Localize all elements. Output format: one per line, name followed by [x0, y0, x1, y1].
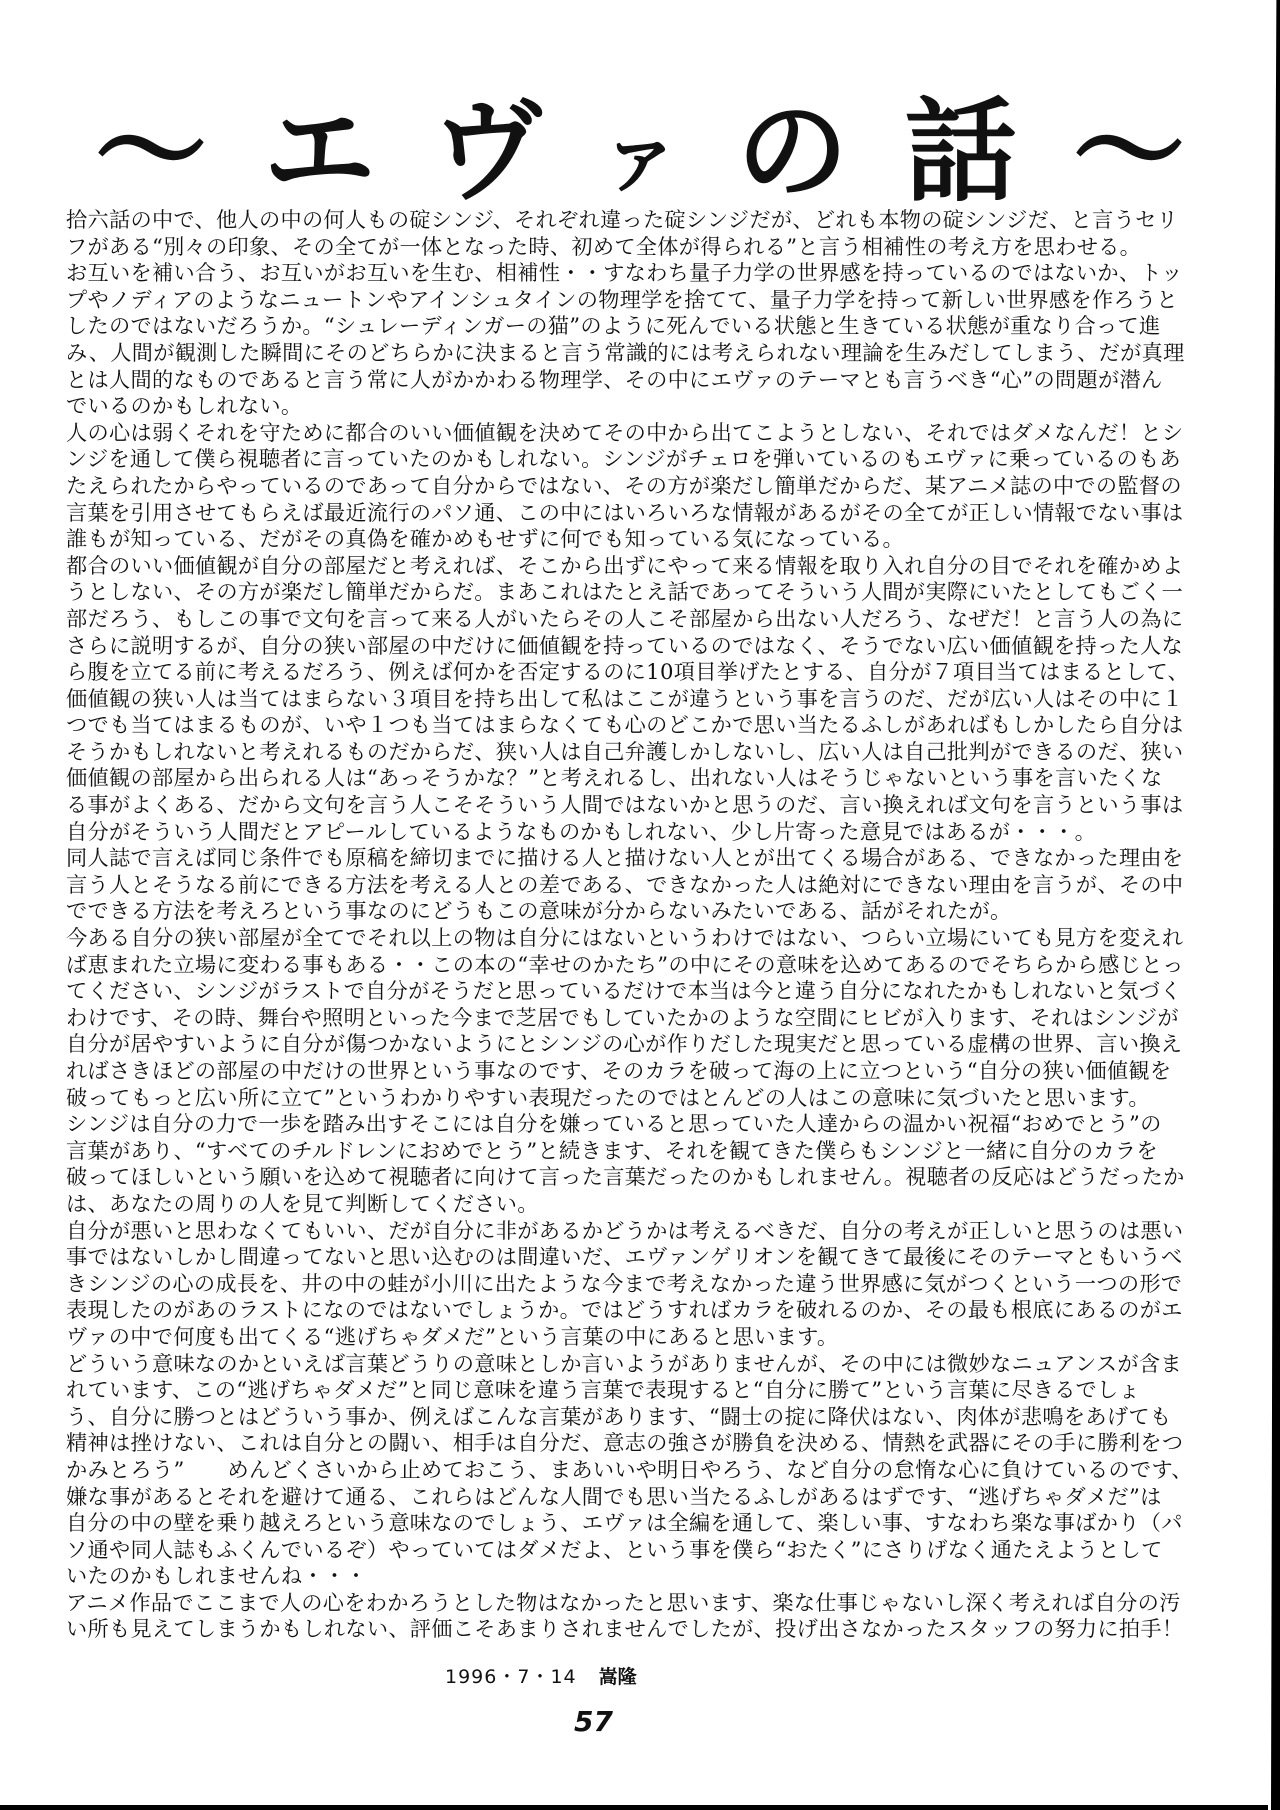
- text-line: ヴァの中で何度も出てくる“逃げちゃダメだ”という言葉の中にあると思います。: [66, 1324, 1196, 1351]
- text-line: 価値観の部屋から出られる人は“あっそうかな？”と考えれるし、出れない人はそうじゃ…: [66, 765, 1196, 792]
- title-char: の: [736, 96, 848, 208]
- article-body: 拾六話の中で、他人の中の何人もの碇シンジ、それぞれ違った碇シンジだが、どれも本物…: [66, 207, 1196, 1643]
- page-number: 57: [574, 1705, 613, 1738]
- text-line: 破ってほしいという願いを込めて視聴者に向けて言った言葉だったのかもしれません。視…: [66, 1164, 1196, 1191]
- text-line: うとしない、その方が楽だし簡単だからだ。まあこれはたとえ話であってそういう人間が…: [66, 579, 1196, 606]
- text-line: 言葉があり、“すべてのチルドレンにおめでとう”と続きます、それを観てきた僕らもシ…: [66, 1138, 1196, 1165]
- text-line: 言う人とそうなる前にできる方法を考える人との差である、できなかった人は絶対にでき…: [66, 872, 1196, 899]
- title-char: ヴ: [432, 96, 544, 208]
- text-line: は、あなたの周りの人を見て判断してください。: [66, 1191, 1196, 1218]
- title-char: 〜: [95, 96, 207, 208]
- text-line: ら腹を立てる前に考えるだろう、例えば何かを否定するのに10項目挙げたとする、自分…: [66, 659, 1196, 686]
- text-line: 部だろう、もしこの事で文句を言って来る人がいたらその人こそ部屋から出ない人だろう…: [66, 606, 1196, 633]
- text-line: 事ではないしかし間違ってないと思い込むのは間違いだ、エヴァンゲリオンを観てきて最…: [66, 1244, 1196, 1271]
- text-line: る事がよくある、だから文句を言う人こそそういう人間ではないかと思うのだ、言い換え…: [66, 792, 1196, 819]
- text-line: 自分が居やすいように自分が傷つかないようにとシンジの心が作りだした現実だと思って…: [66, 1031, 1196, 1058]
- text-line: お互いを補い合う、お互いがお互いを生む、相補性・・すなわち量子力学の世界感を持っ…: [66, 260, 1196, 287]
- text-line: 精神は挫けない、これは自分との闘い、相手は自分だ、意志の強さが勝負を決める、情熱…: [66, 1430, 1196, 1457]
- text-line: どういう意味なのかといえば言葉どうりの意味としか言いようがありませんが、その中に…: [66, 1351, 1196, 1378]
- signature-date: 1996・7・14: [445, 1666, 577, 1688]
- text-line: 自分が悪いと思わなくてもいい、だが自分に非があるかどうかは考えるべきだ、自分の考…: [66, 1218, 1196, 1245]
- text-line: 誰もが知っている、だがその真偽を確かめもせずに何でも知っている気になっている。: [66, 526, 1196, 553]
- text-line: アニメ作品でここまで人の心をわかろうとした物はなかったと思います、楽な仕事じゃな…: [66, 1590, 1196, 1617]
- text-line: そうかもしれないと考えれるものだからだ、狭い人は自己弁護しかしないし、広い人は自…: [66, 739, 1196, 766]
- text-line: 嫌な事があるとそれを避けて通る、これらはどんな人間でも思い当たるふしがあるはずで…: [66, 1484, 1196, 1511]
- text-line: 自分がそういう人間だとアピールしているようなものかもしれない、少し片寄った意見で…: [66, 819, 1196, 846]
- text-line: れています、この“逃げちゃダメだ”と同じ意味を違う言葉で表現すると“自分に勝て”…: [66, 1377, 1196, 1404]
- text-line: 表現したのがあのラストになのではないでしょうか。ではどうすればカラを破れるのか、…: [66, 1297, 1196, 1324]
- scan-edge-right: [1271, 0, 1280, 1810]
- text-line: たえられたからやっているのであって自分からではない、その方が楽だし簡単だからだ、…: [66, 473, 1196, 500]
- title-char: エ: [263, 96, 375, 208]
- text-line: つでも当てはまるものが、いや１つも当てはまらなくても心のどこかで思い当たるふしが…: [66, 712, 1196, 739]
- text-line: したのではないだろうか。“シュレーディンガーの猫”のように死んでいる状態と生きて…: [66, 313, 1196, 340]
- text-line: かみとろう” めんどくさいから止めておこう、まあいいや明日やろう、など自分の怠惰…: [66, 1457, 1196, 1484]
- text-line: プやノディアのようなニュートンやアインシュタインの物理学を捨てて、量子力学を持っ…: [66, 287, 1196, 314]
- title-char: 〜: [1073, 96, 1185, 208]
- text-line: きシンジの心の成長を、井の中の蛙が小川に出たような今まで考えなかった違う世界感に…: [66, 1271, 1196, 1298]
- title-char: 話: [905, 96, 1017, 208]
- text-line: 価値観の狭い人は当てはまらない３項目を持ち出して私はここが違うという事を言うのだ…: [66, 686, 1196, 713]
- title-char: ァ: [600, 118, 680, 198]
- page-title: 〜 エ ヴ ァ の 話 〜: [95, 92, 1185, 212]
- text-line: いたのかもしれませんね・・・: [66, 1563, 1196, 1590]
- text-line: 今ある自分の狭い部屋が全てでそれ以上の物は自分にはないというわけではない、つらい…: [66, 925, 1196, 952]
- text-line: ンジを通して僕ら視聴者に言っていたのかもしれない。シンジがチェロを弾いているのも…: [66, 446, 1196, 473]
- text-line: とは人間的なものであると言う常に人がかかわる物理学、その中にエヴァのテーマとも言…: [66, 367, 1196, 394]
- scan-edge-bottom: [0, 1805, 1268, 1810]
- text-line: 同人誌で言えば同じ条件でも原稿を締切までに描ける人と描けない人とが出てくる場合が…: [66, 845, 1196, 872]
- text-line: でできる方法を考えろという事なのにどうもこの意味が分からないみたいである、話がそ…: [66, 898, 1196, 925]
- text-line: う、自分に勝つとはどういう事か、例えばこんな言葉があります、“闘士の掟に降伏はな…: [66, 1404, 1196, 1431]
- text-line: 言葉を引用させてもらえば最近流行のパソ通、この中にはいろいろな情報があるがその全…: [66, 500, 1196, 527]
- text-line: ればさきほどの部屋の中だけの世界という事なのです、そのカラを破って海の上に立つと…: [66, 1058, 1196, 1085]
- signature-author: 嵩隆: [599, 1666, 637, 1688]
- text-line: 自分の中の壁を乗り越えろという意味なのでしょう、エヴァは全編を通して、楽しい事、…: [66, 1510, 1196, 1537]
- signature: 1996・7・14 嵩隆: [445, 1662, 637, 1689]
- text-line: シンジは自分の力で一歩を踏み出すそこには自分を嫌っていると思っていた人達からの温…: [66, 1111, 1196, 1138]
- text-line: み、人間が観測した瞬間にそのどちらかに決まると言う常識的には考えられない理論を生…: [66, 340, 1196, 367]
- text-line: わけです、その時、舞台や照明といった今まで芝居でもしていたかのような空間にヒビが…: [66, 1005, 1196, 1032]
- text-line: 拾六話の中で、他人の中の何人もの碇シンジ、それぞれ違った碇シンジだが、どれも本物…: [66, 207, 1196, 234]
- text-line: でいるのかもしれない。: [66, 393, 1196, 420]
- text-line: ば恵まれた立場に変わる事もある・・この本の“幸せのかたち”の中にその意味を込めて…: [66, 952, 1196, 979]
- text-line: てください、シンジがラストで自分がそうだと思っているだけで本当は今と違う自分にな…: [66, 978, 1196, 1005]
- text-line: 都合のいい価値観が自分の部屋だと考えれば、そこから出ずにやって来る情報を取り入れ…: [66, 553, 1196, 580]
- text-line: フがある“別々の印象、その全てが一体となった時、初めて全体が得られる”と言う相補…: [66, 234, 1196, 261]
- text-line: 人の心は弱くそれを守ために都合のいい価値観を決めてその中から出てこようとしない、…: [66, 420, 1196, 447]
- text-line: 破ってもっと広い所に立て”というわかりやすい表現だったのではとんどの人はこの意味…: [66, 1085, 1196, 1112]
- text-line: い所も見えてしまうかもしれない、評価こそあまりされませんでしたが、投げ出さなかっ…: [66, 1616, 1196, 1643]
- text-line: さらに説明するが、自分の狭い部屋の中だけに価値観を持っているのではなく、そうでな…: [66, 633, 1196, 660]
- text-line: ソ通や同人誌もふくんでいるぞ）やっていてはダメだよ、という事を僕ら“おたく”にさ…: [66, 1537, 1196, 1564]
